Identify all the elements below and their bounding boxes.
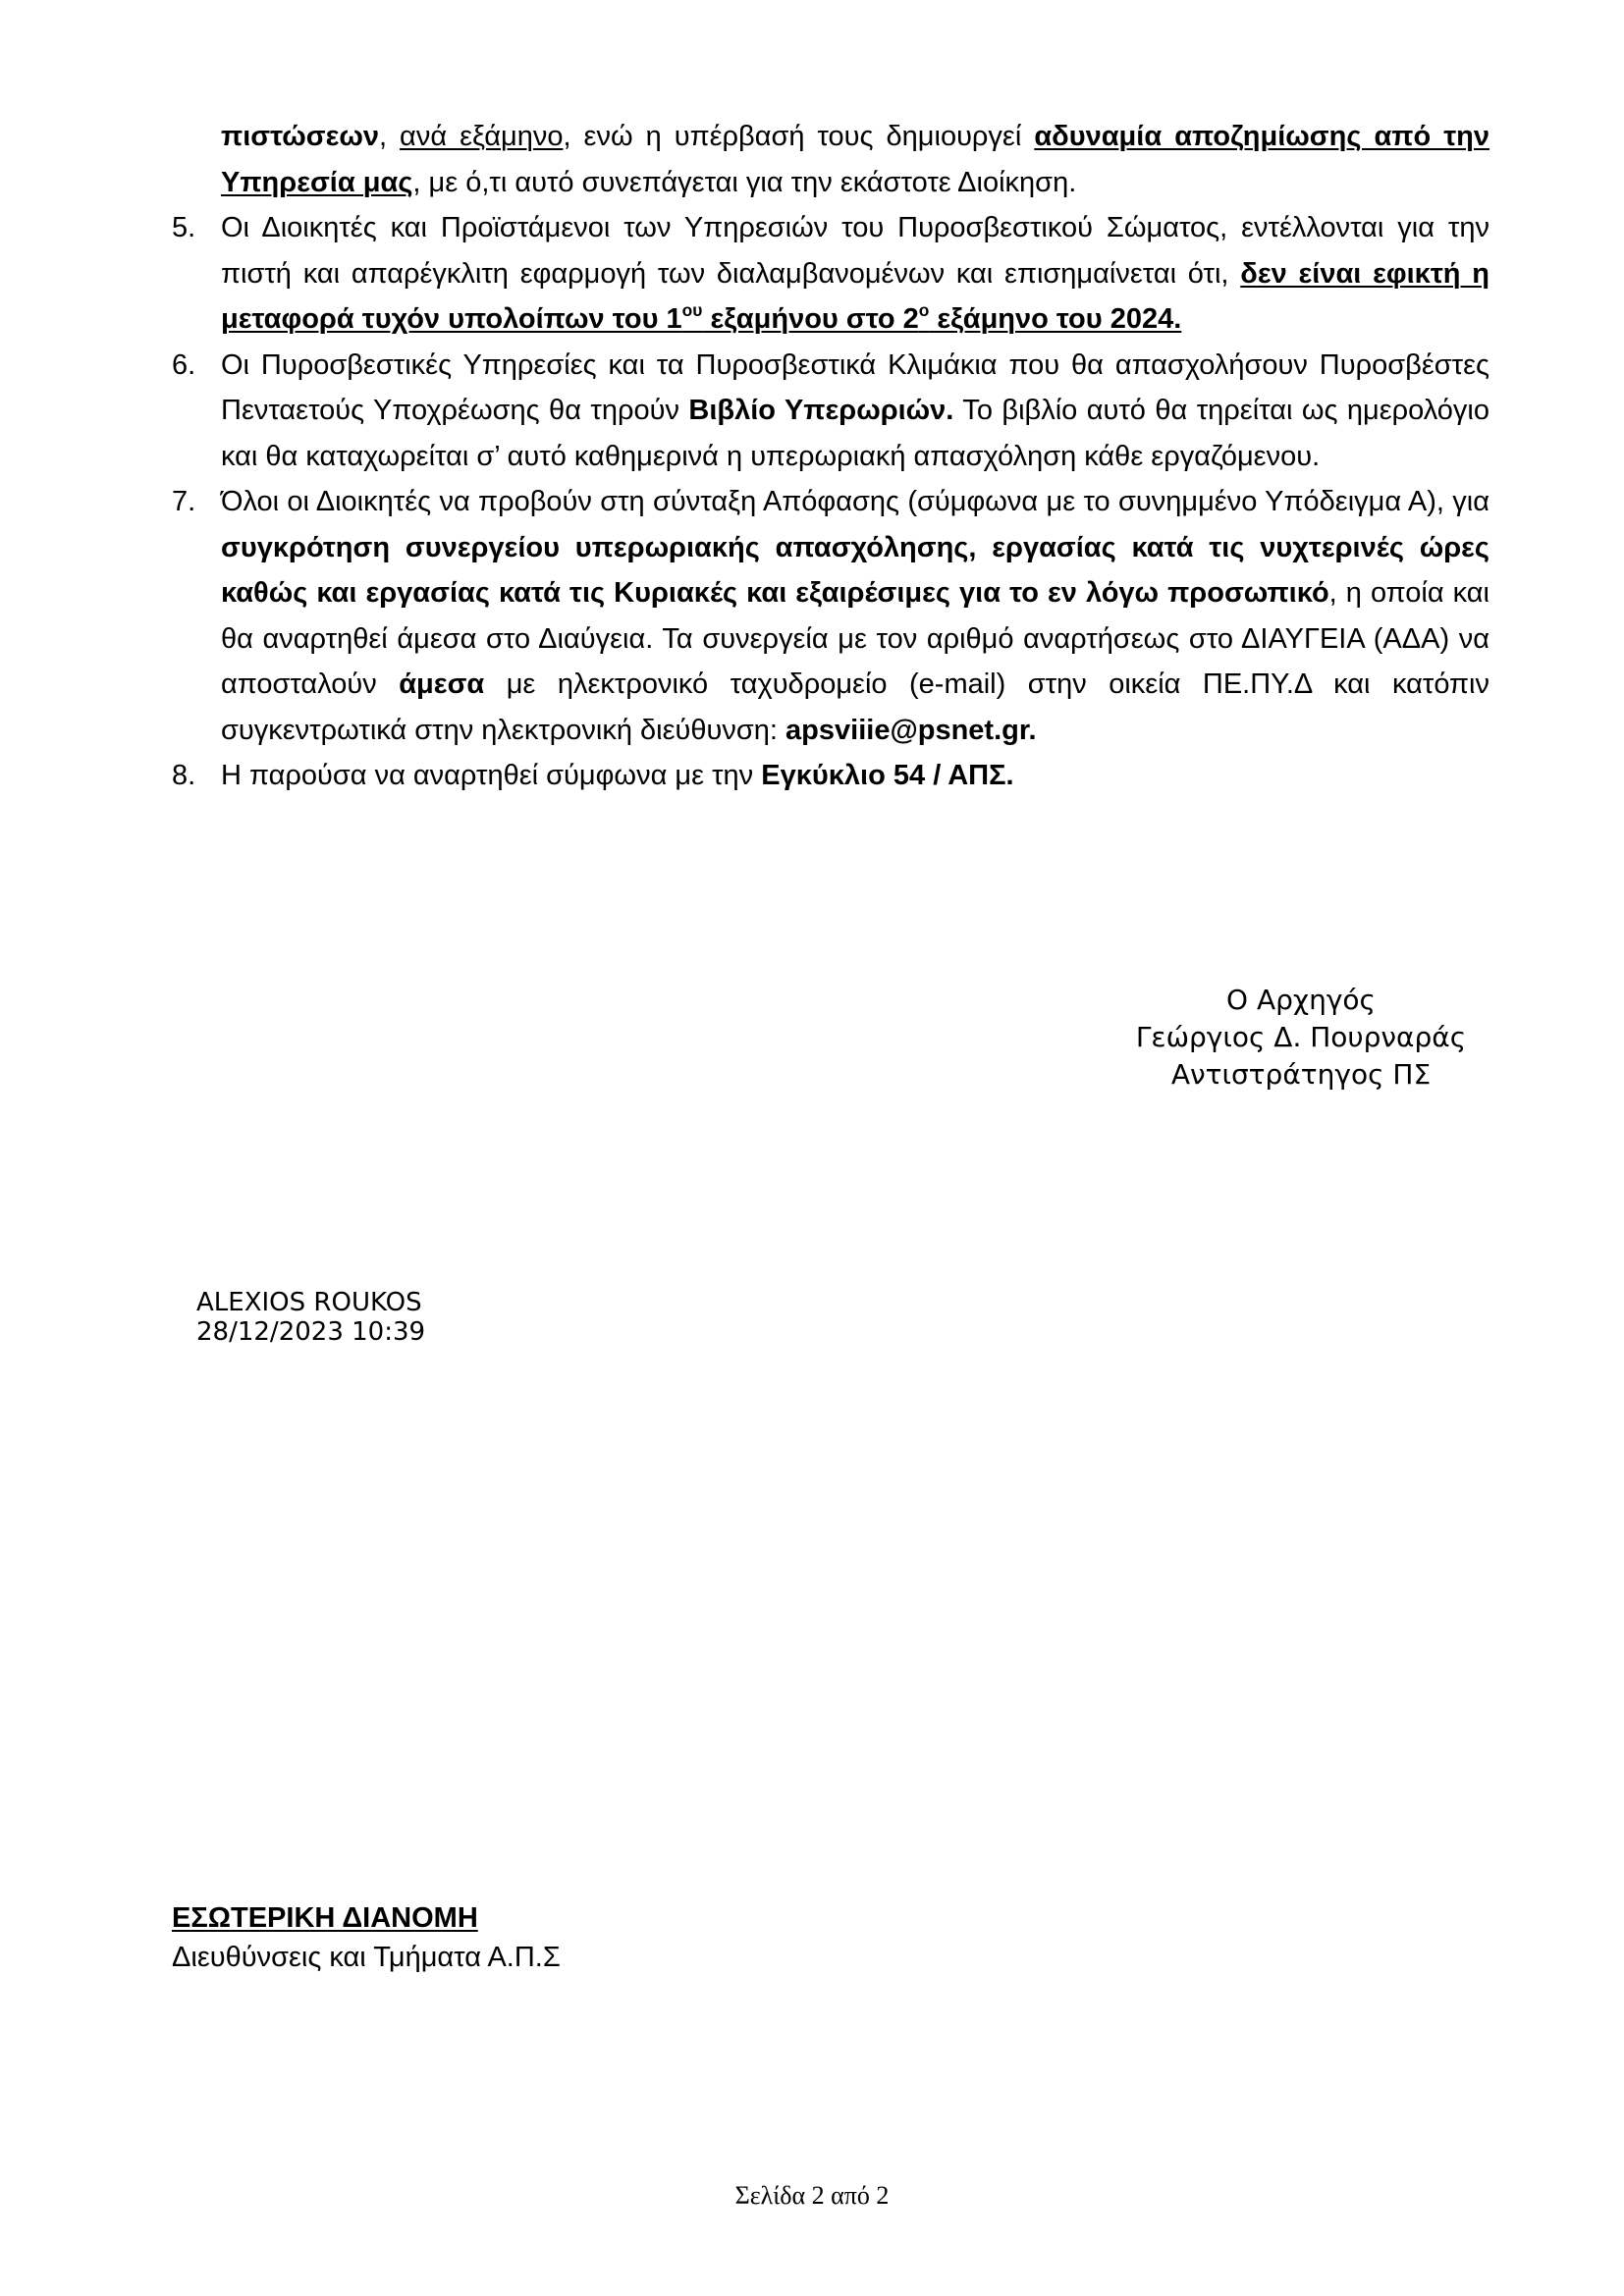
list-item-text: Οι Πυροσβεστικές Υπηρεσίες και τα Πυροσβ…: [221, 343, 1489, 480]
distribution-recipients: Διευθύνσεις και Τμήματα Α.Π.Σ: [172, 1938, 561, 1977]
distribution-title: ΕΣΩΤΕΡΙΚΗ ΔΙΑΝΟΜΗ: [172, 1898, 561, 1938]
list-item: 7. Όλοι οι Διοικητές να προβούν στη σύντ…: [172, 479, 1489, 753]
list-item-number: 6.: [172, 343, 195, 389]
author-name: ALEXIOS ROUKOS: [196, 1288, 425, 1317]
list-item: 6. Οι Πυροσβεστικές Υπηρεσίες και τα Πυρ…: [172, 343, 1489, 480]
list-item-text: Όλοι οι Διοικητές να προβούν στη σύνταξη…: [221, 479, 1489, 753]
author-timestamp: 28/12/2023 10:39: [196, 1317, 425, 1347]
list-item-number: 8.: [172, 753, 195, 799]
signature-rank: Αντιστράτηγος ΠΣ: [1080, 1056, 1522, 1094]
list-item-number: 7.: [172, 479, 195, 525]
list-item-number: 5.: [172, 205, 195, 251]
list-item: 5. Οι Διοικητές και Προϊστάμενοι των Υπη…: [172, 205, 1489, 343]
page-footer: Σελίδα 2 από 2: [0, 2181, 1624, 2211]
signature-name: Γεώργιος Δ. Πουρναράς: [1080, 1019, 1522, 1056]
signature-block: Ο Αρχηγός Γεώργιος Δ. Πουρναράς Αντιστρά…: [1080, 982, 1522, 1094]
author-stamp: ALEXIOS ROUKOS 28/12/2023 10:39: [196, 1288, 425, 1347]
list-item-text: Οι Διοικητές και Προϊστάμενοι των Υπηρεσ…: [221, 205, 1489, 343]
document-page: πιστώσεων, ανά εξάμηνο, ενώ η υπέρβασή τ…: [0, 0, 1624, 2296]
list-item-text: Η παρούσα να αναρτηθεί σύμφωνα με την Εγ…: [221, 753, 1489, 799]
document-body: πιστώσεων, ανά εξάμηνο, ενώ η υπέρβασή τ…: [172, 114, 1489, 799]
continuation-paragraph: πιστώσεων, ανά εξάμηνο, ενώ η υπέρβασή τ…: [172, 114, 1489, 205]
distribution-block: ΕΣΩΤΕΡΙΚΗ ΔΙΑΝΟΜΗ Διευθύνσεις και Τμήματ…: [172, 1898, 561, 1977]
list-item: 8. Η παρούσα να αναρτηθεί σύμφωνα με την…: [172, 753, 1489, 799]
signature-title: Ο Αρχηγός: [1080, 982, 1522, 1019]
